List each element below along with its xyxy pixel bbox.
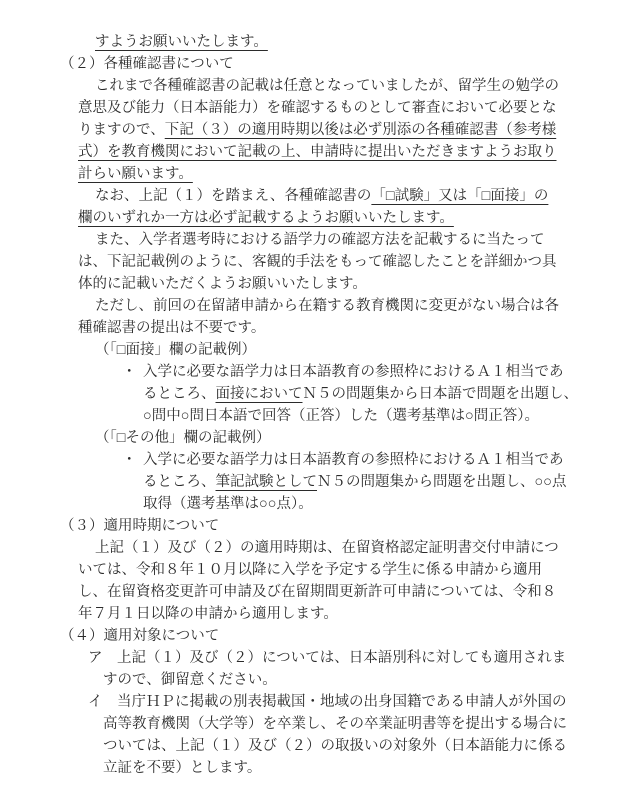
example-label-interview: （「□面接」欄の記載例） [95,339,619,361]
paragraph-line: 意思及び能力（日本語能力）を確認するものとして審査において必要とな [78,97,619,119]
document-body: すようお願いいたします。（２）各種確認書についてこれまで各種確認書の記載は任意と… [0,0,619,779]
text-segment: るところ、 [143,386,216,402]
text-segment: ただし、前回の在留諸申請から在籍する教育機関に変更がない場合は各 [95,298,559,314]
text-segment: 体的に記載いただくようお願いいたします。 [78,276,367,292]
text-segment: なお、上記（１）を踏まえ、各種確認書の [95,188,371,204]
bullet-item-continuation: るところ、筆記試験としてＮ５の問題集から問題を出題し、○○点 [143,471,619,493]
text-segment: ついては、上記（１）及び（２）の取扱いの対象外（日本語能力に係る [103,738,567,754]
example-label-other: （「□その他」欄の記載例） [95,427,619,449]
text-segment: Ｎ５の問題集から日本語で問題を出題し、 [303,386,579,402]
underlined-text: 筆記試験として [216,474,318,490]
list-item-i: イ 当庁ＨＰに掲載の別表掲載国・地域の出身国籍である申請人が外国の [88,691,619,713]
underlined-text: 「□試験」又は「□面接」の [371,188,548,204]
underlined-text: すようお願いいたします。 [95,34,268,50]
text-segment: （４）適用対象について [60,628,219,644]
list-item-continuation: すので、御留意ください。 [103,669,619,691]
text-segment: し、在留資格変更許可申請及び在留期間更新許可申請については、令和８ [78,584,556,600]
text-segment: るところ、 [143,474,216,490]
paragraph-line: なお、上記（１）を踏まえ、各種確認書の「□試験」又は「□面接」の [95,185,619,207]
paragraph-line: は、下記記載例のように、客観的手法をもって確認したことを詳細かつ具 [78,251,619,273]
text-segment: これまで各種確認書の記載は任意となっていましたが、留学生の勉学の [95,78,559,94]
underlined-text: 計らい願います。 [78,166,193,182]
text-segment: ア 上記（１）及び（２）については、日本語別科に対しても適用されま [88,650,566,666]
text-segment: Ｎ５の問題集から問題を出題し、○○点 [317,474,567,490]
text-segment: （３）適用時期について [60,518,219,534]
text-segment: ○問中○問日本語で回答（正答）した（選考基準は○問正答）。 [143,408,539,424]
underlined-text: 式）を教育機関において記載の上、申請時に提出いただきますようお取り [78,144,557,160]
bullet-item: ・入学に必要な語学力は日本語教育の参照枠におけるＡ１相当であ [122,449,619,471]
bullet-item-continuation: ○問中○問日本語で回答（正答）した（選考基準は○問正答）。 [143,405,619,427]
paragraph-line: 上記（１）及び（２）の適用時期は、在留資格認定証明書交付申請につ [95,537,619,559]
text-segment: は、下記記載例のように、客観的手法をもって確認したことを詳細かつ具 [78,254,557,270]
paragraph-line: 体的に記載いただくようお願いいたします。 [78,273,619,295]
text-segment: 高等教育機関（大学等）を卒業し、その卒業証明書等を提出する場合に [103,716,567,732]
paragraph-line: いては、令和８年１０月以降に入学を予定する学生に係る申請から適用 [78,559,619,581]
text-segment: また、入学者選考時における語学力の確認方法を記載するに当たって [95,232,545,248]
paragraph-line: 年７月１日以降の申請から適用します。 [78,603,619,625]
text-segment: りますので、 [78,122,165,138]
paragraph-line: し、在留資格変更許可申請及び在留期間更新許可申請については、令和８ [78,581,619,603]
section-heading-3: （３）適用時期について [60,515,619,537]
bullet-item: ・入学に必要な語学力は日本語教育の参照枠におけるＡ１相当であ [122,361,619,383]
text-segment: イ 当庁ＨＰに掲載の別表掲載国・地域の出身国籍である申請人が外国の [88,694,567,710]
paragraph-line: 式）を教育機関において記載の上、申請時に提出いただきますようお取り [78,141,619,163]
text-segment: いては、令和８年１０月以降に入学を予定する学生に係る申請から適用 [78,562,542,578]
text-segment: 上記（１）及び（２）の適用時期は、在留資格認定証明書交付申請につ [95,540,559,556]
text-segment: 意思及び能力（日本語能力）を確認するものとして審査において必要とな [78,100,557,116]
list-item-continuation: 立証を不要）とします。 [103,757,619,779]
text-segment: 入学に必要な語学力は日本語教育の参照枠におけるＡ１相当であ [143,452,564,468]
bullet-icon: ・ [122,361,143,383]
underlined-text: 欄のいずれか一方は必ず記載するようお願いいたします。 [78,210,454,226]
text-segment: （「□その他」欄の記載例） [95,430,271,446]
text-segment: 入学に必要な語学力は日本語教育の参照枠におけるＡ１相当であ [143,364,564,380]
list-item-a: ア 上記（１）及び（２）については、日本語別科に対しても適用されま [88,647,619,669]
paragraph-line: 欄のいずれか一方は必ず記載するようお願いいたします。 [78,207,619,229]
list-item-continuation: 高等教育機関（大学等）を卒業し、その卒業証明書等を提出する場合に [103,713,619,735]
paragraph-line: 種確認書の提出は不要です。 [78,317,619,339]
text-segment: 取得（選考基準は○○点）。 [143,496,313,512]
text-segment: （２）各種確認書について [60,56,234,72]
paragraph-line: これまで各種確認書の記載は任意となっていましたが、留学生の勉学の [95,75,619,97]
text-segment: 種確認書の提出は不要です。 [78,320,265,336]
bullet-item-continuation: るところ、面接においてＮ５の問題集から日本語で問題を出題し、 [143,383,619,405]
text-segment: （「□面接」欄の記載例） [95,342,256,358]
paragraph-line: また、入学者選考時における語学力の確認方法を記載するに当たって [95,229,619,251]
paragraph-line: りますので、下記（３）の適用時期以後は必ず別添の各種確認書（参考様 [78,119,619,141]
paragraph-line: 計らい願います。 [78,163,619,185]
document-page: すようお願いいたします。（２）各種確認書についてこれまで各種確認書の記載は任意と… [0,0,619,805]
section-heading-4: （４）適用対象について [60,625,619,647]
section-heading-2: （２）各種確認書について [60,53,619,75]
underlined-text: 面接において [216,386,303,402]
paragraph-line: すようお願いいたします。 [95,31,619,53]
list-item-continuation: ついては、上記（１）及び（２）の取扱いの対象外（日本語能力に係る [103,735,619,757]
text-segment: 年７月１日以降の申請から適用します。 [78,606,338,622]
bullet-icon: ・ [122,449,143,471]
paragraph-line: ただし、前回の在留諸申請から在籍する教育機関に変更がない場合は各 [95,295,619,317]
text-segment: すので、御留意ください。 [103,672,277,688]
bullet-item-continuation: 取得（選考基準は○○点）。 [143,493,619,515]
underlined-text: 下記（３）の適用時期以後は必ず別添の各種確認書（参考様 [165,122,557,138]
text-segment: 立証を不要）とします。 [103,760,261,776]
